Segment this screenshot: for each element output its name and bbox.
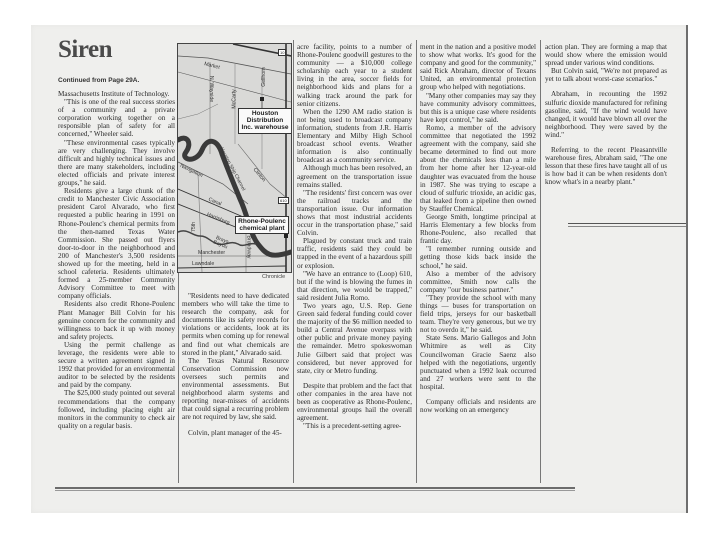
bottom-rule	[55, 487, 575, 489]
article-column-2: "Residents need to have dedicated member…	[182, 292, 289, 437]
paragraph: "Many other companies may say they have …	[420, 92, 536, 124]
box-rule	[568, 223, 686, 224]
paragraph: "This is a precedent-setting agree-	[297, 422, 412, 430]
paragraph: acre facility, points to a number of Rho…	[297, 43, 412, 108]
map-credit: Chronicle	[262, 274, 285, 280]
loop610-shield-icon: 610	[278, 197, 289, 204]
paragraph: "We have an entrance to (Loop) 610, but …	[297, 270, 412, 302]
page-edge	[686, 25, 688, 513]
column-divider	[416, 40, 417, 483]
paragraph: When the 1290 AM radio station is not be…	[297, 108, 412, 165]
paragraph: Also a member of the advisory committee,…	[420, 270, 536, 294]
map-graphic	[178, 44, 291, 272]
headline: Siren	[58, 36, 112, 64]
column-divider	[293, 40, 294, 483]
street-label-75th: 75th	[191, 222, 197, 232]
street-label-lawndale: Lawndale	[192, 261, 214, 267]
paragraph: Using the permit challenge as leverage, …	[58, 341, 175, 390]
paragraph: The $25,000 study pointed out several re…	[58, 389, 175, 429]
paragraph: ment in the nation and a positive model …	[420, 43, 536, 92]
street-label-gellhorn: Gellhorn	[261, 67, 267, 87]
paragraph: State Sens. Mario Gallegos and John Whit…	[420, 334, 536, 391]
paragraph: "I remember running outside and getting …	[420, 245, 536, 269]
paragraph: Plagued by constant truck and train traf…	[297, 237, 412, 269]
paragraph: But Colvin said, "We're not prepared as …	[545, 67, 667, 83]
street-label-manchester: Manchester	[198, 250, 225, 256]
paragraph: action plan. They are forming a map that…	[545, 43, 667, 67]
i10-shield-icon: 10	[278, 49, 286, 56]
paragraph: "Residents need to have dedicated member…	[182, 292, 289, 357]
paragraph: "These environmental cases typically are…	[58, 139, 175, 188]
column-divider	[540, 40, 541, 483]
article-column-3: acre facility, points to a number of Rho…	[297, 43, 412, 430]
paragraph: Referring to the recent Pleasantville wa…	[545, 146, 667, 186]
article-column-4: ment in the nation and a positive model …	[420, 43, 536, 414]
street-label-n-wayside: N. Wayside	[208, 76, 214, 102]
article-column-1: Massachusetts Institute of Technology. "…	[58, 90, 175, 430]
locator-map: Market N. Wayside McCarty Gellhorn Houst…	[177, 43, 292, 273]
continued-from: Continued from Page 29A.	[58, 77, 139, 84]
column-divider	[178, 273, 179, 483]
bottom-rule	[55, 490, 575, 491]
article-column-5: action plan. They are forming a map that…	[545, 43, 667, 187]
warehouse-callout: Houston Distribution Inc. warehouse	[238, 108, 292, 134]
paragraph: "They provide the school with many thing…	[420, 294, 536, 334]
paragraph: Romo, a member of the advisory committee…	[420, 124, 536, 213]
paragraph: Massachusetts Institute of Technology.	[58, 90, 175, 98]
paragraph: George Smith, longtime principal at Harr…	[420, 213, 536, 245]
paragraph: Company officials and residents are now …	[420, 398, 536, 414]
paragraph: Despite that problem and the fact that o…	[297, 382, 412, 422]
paragraph: The Texas Natural Resource Conservation …	[182, 357, 289, 422]
paragraph: Colvin, plant manager of the 45-	[182, 429, 289, 437]
paragraph: Residents give a large chunk of the cred…	[58, 187, 175, 300]
paragraph: Residents also credit Rhone-Poulenc Plan…	[58, 300, 175, 340]
plant-callout: Rhone-Poulenc chemical plant	[235, 216, 289, 234]
paragraph: "This is one of the real success stories…	[58, 98, 175, 138]
paragraph: Although much has been resolved, an agre…	[297, 164, 412, 188]
street-label-mccarty: McCarty	[232, 89, 238, 108]
box-rule	[568, 226, 686, 227]
paragraph: "The residents' first concern was over t…	[297, 189, 412, 238]
paragraph: Two years ago, U.S. Rep. Gene Green said…	[297, 302, 412, 375]
paragraph: Abraham, in recounting the 1992 sulfuric…	[545, 90, 667, 139]
street-label-broadway: Broadway	[246, 235, 252, 258]
